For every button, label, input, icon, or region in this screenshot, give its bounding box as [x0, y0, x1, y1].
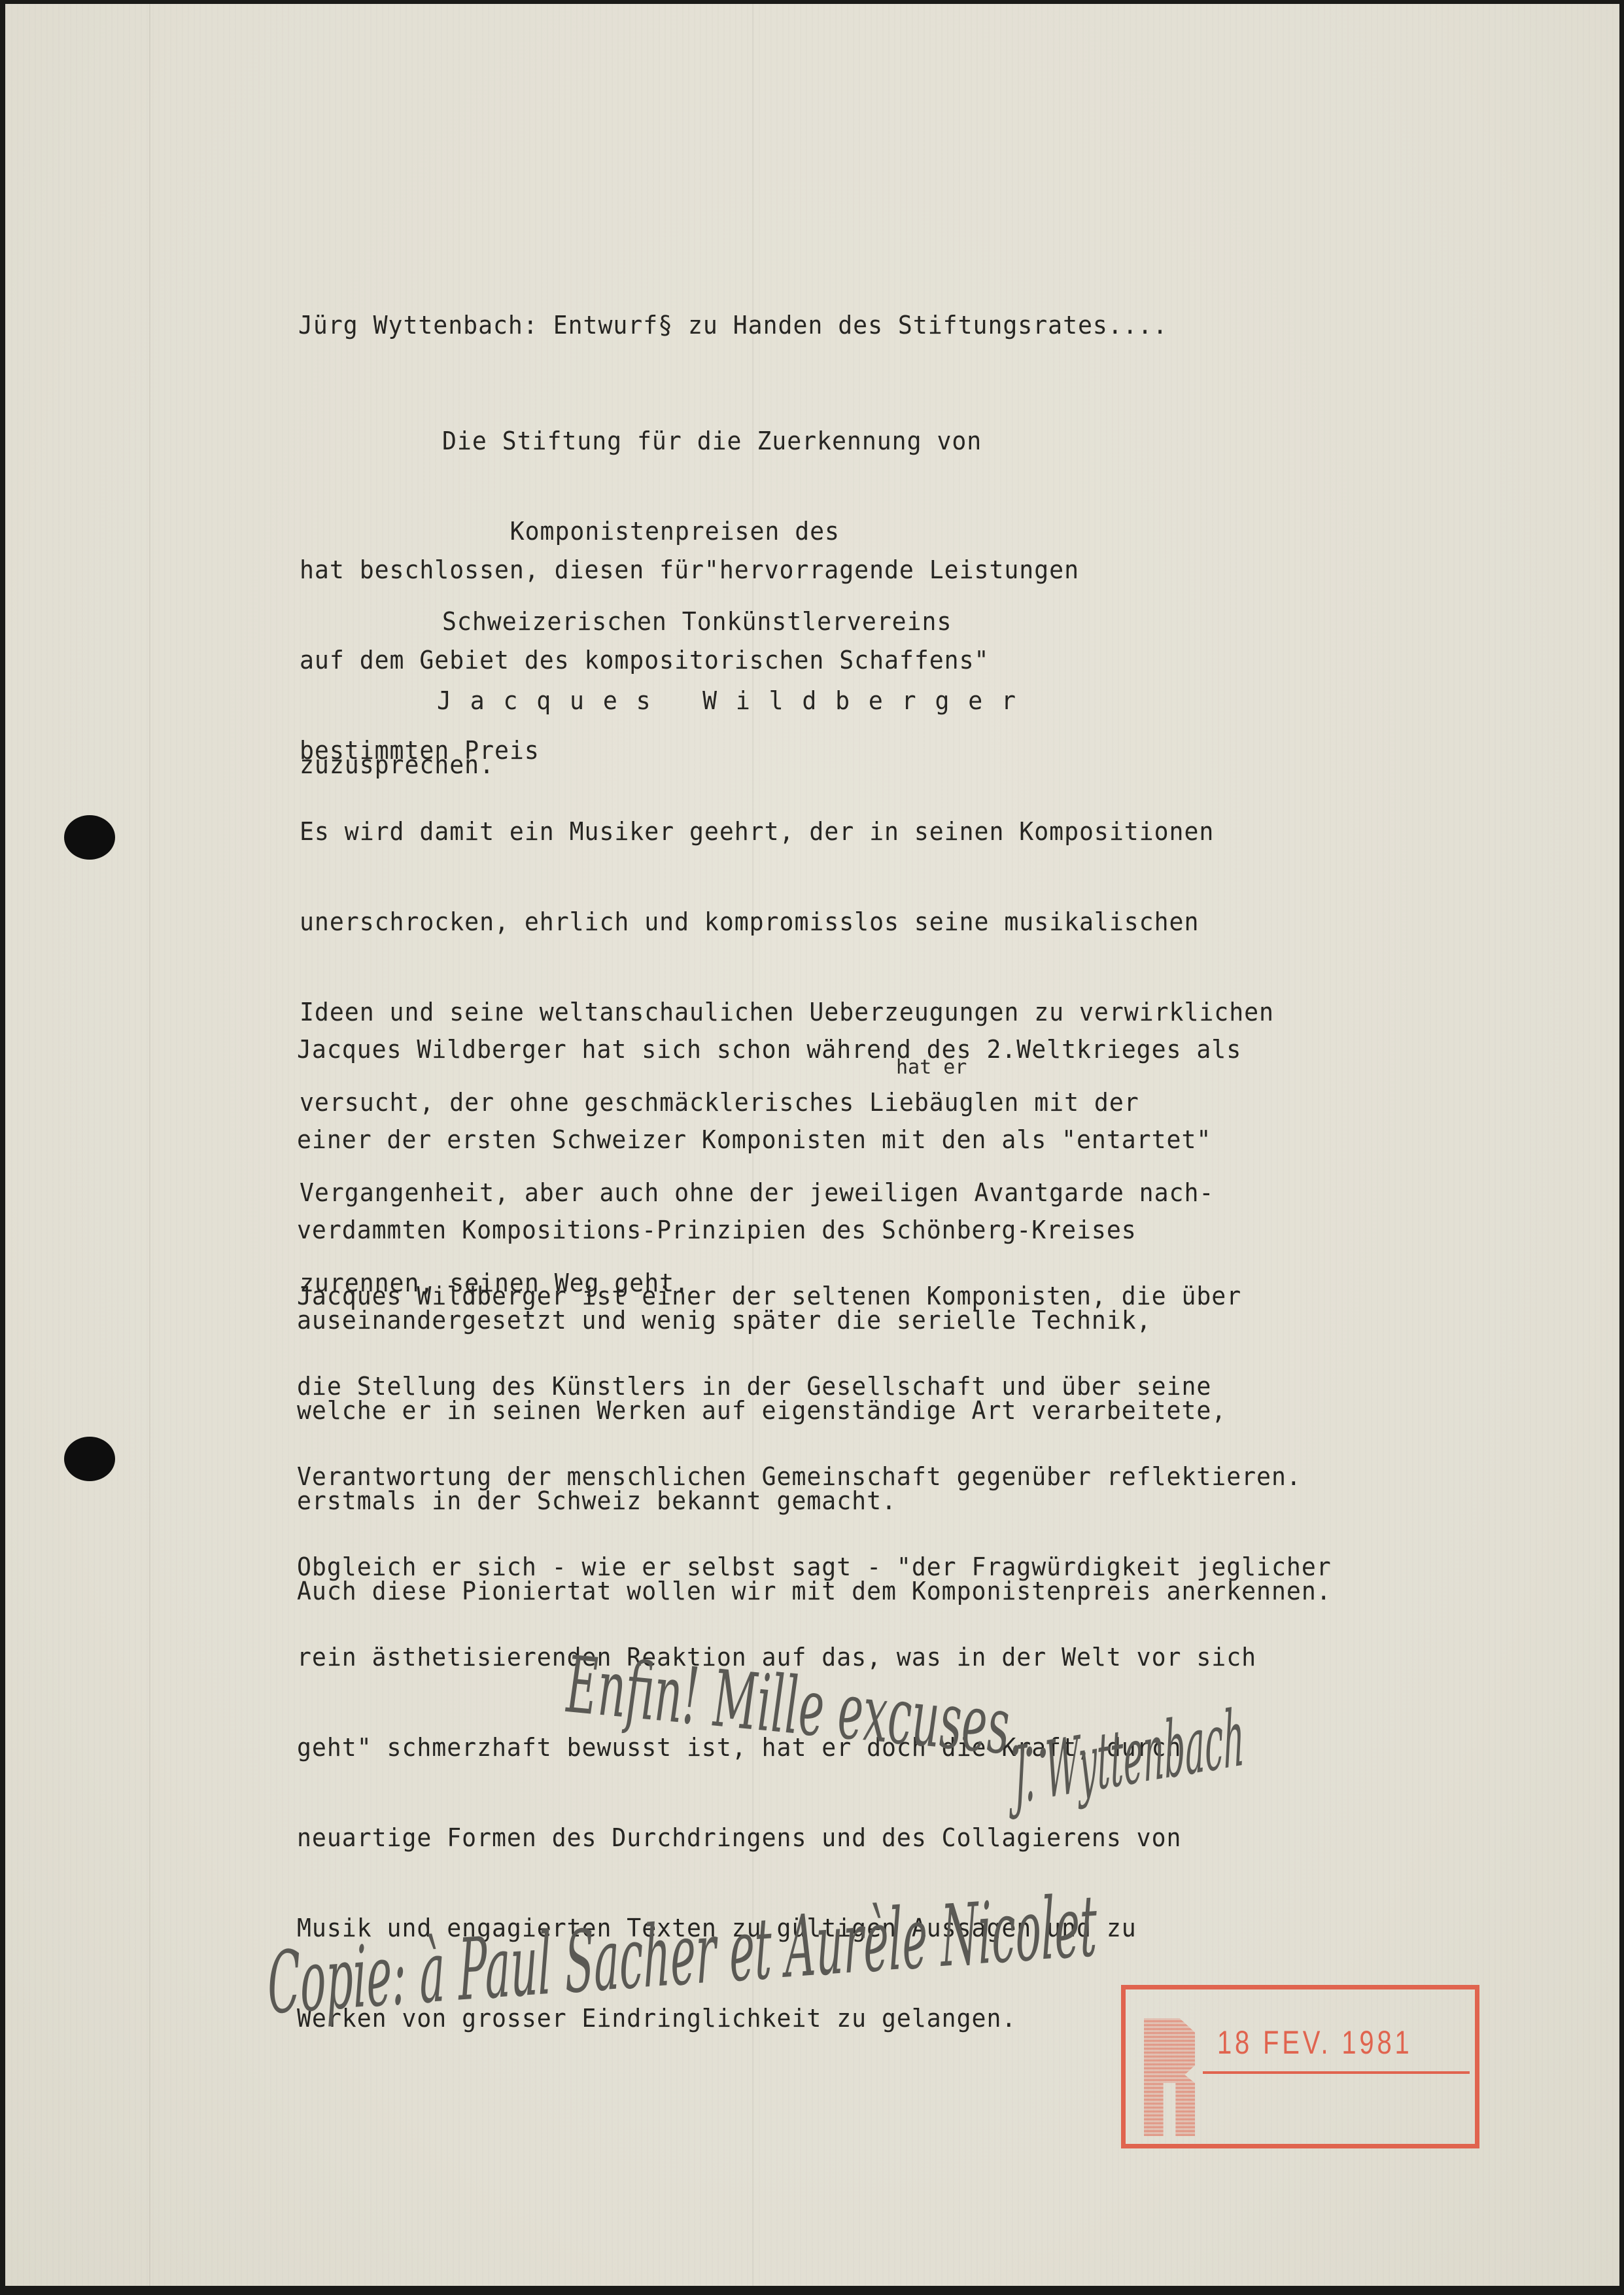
received-stamp: 18 FEV. 1981 [1121, 1985, 1479, 2148]
text-line: Jacques Wildberger ist einer der seltene… [297, 1280, 1332, 1312]
margin-crease [149, 4, 150, 2286]
text-line: Jacques Wildberger hat sich schon währen… [297, 1033, 1332, 1066]
punch-hole-icon [64, 1437, 115, 1481]
text-line: die Stellung des Künstlers in der Gesell… [297, 1370, 1332, 1403]
text-line: Es wird damit ein Musiker geehrt, der in… [300, 815, 1274, 848]
stamp-date: 18 FEV. 1981 [1217, 2023, 1413, 2061]
header-text: Jürg Wyttenbach: Entwurf§ zu Handen des … [298, 309, 1168, 342]
text-line: neuartige Formen des Durchdringens und d… [297, 1821, 1332, 1854]
stamp-divider [1203, 2071, 1470, 2074]
typed-insertion: hat er [896, 1056, 967, 1079]
punch-hole-icon [64, 815, 115, 860]
text-line: hat beschlossen, diesen für"hervorragend… [300, 553, 1079, 586]
text-line: Verantwortung der menschlichen Gemeinsch… [297, 1460, 1332, 1493]
registered-r-icon [1144, 2018, 1195, 2136]
text-line: einer der ersten Schweizer Komponisten m… [297, 1123, 1332, 1156]
text-line: Obgleich er sich - wie er selbst sagt - … [297, 1550, 1332, 1583]
laureate-name: Jacques Wildberger [437, 627, 1035, 775]
text-line: Die Stiftung für die Zuerkennung von [442, 425, 982, 457]
laureate-text: Jacques Wildberger [437, 684, 1035, 717]
document-page: Jürg Wyttenbach: Entwurf§ zu Handen des … [5, 4, 1619, 2286]
text-line: unerschrocken, ehrlich und kompromisslos… [300, 905, 1274, 938]
